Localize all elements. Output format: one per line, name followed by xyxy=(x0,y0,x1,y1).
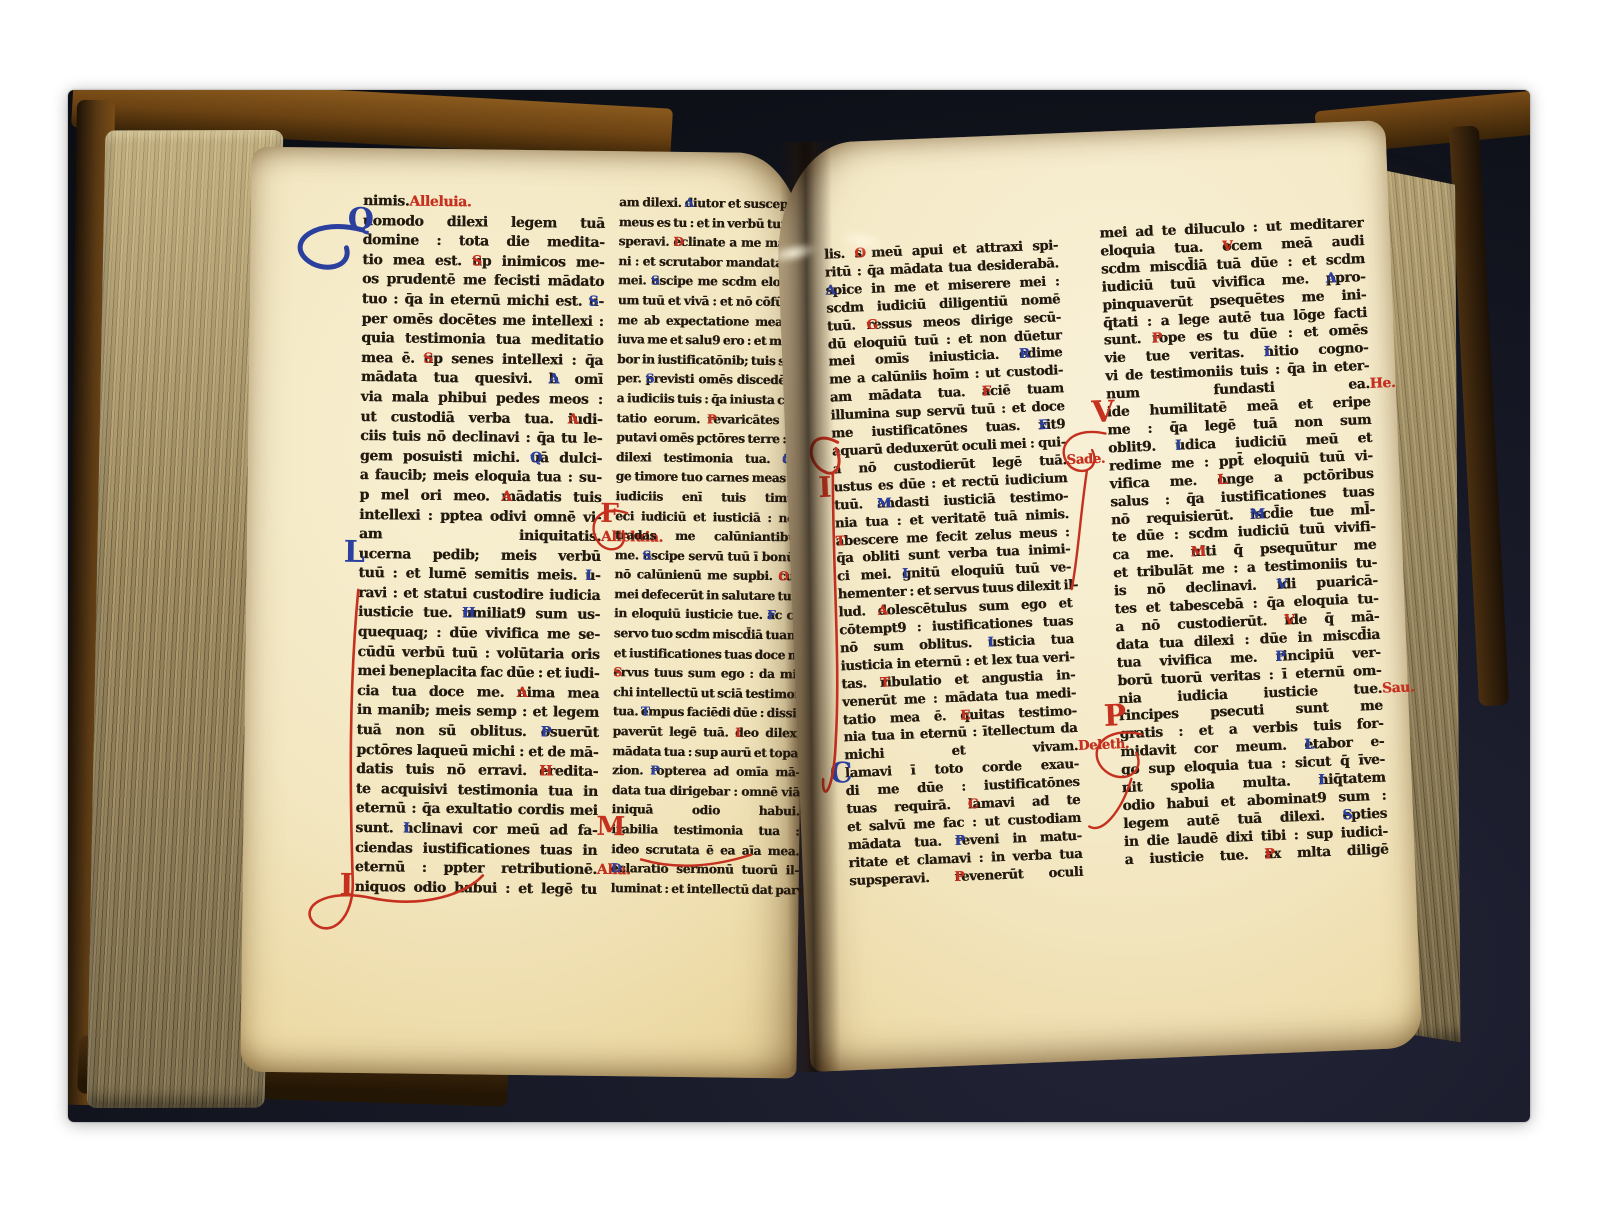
text-line: servo tuo scdm miscd̄iā tuam : xyxy=(614,624,802,646)
rubric-text: A xyxy=(517,684,528,704)
blue-versal: R xyxy=(1019,346,1030,364)
rubric-text: V xyxy=(1222,238,1233,256)
blue-versal: P xyxy=(650,762,659,782)
text-line: Servus tuus sum ego : da mi- xyxy=(613,663,801,685)
text-line: ciis tuis nō declinavi : q̄a tu le- xyxy=(360,427,602,450)
text-line: datis tuis nō erravi. Heredita- xyxy=(356,760,598,783)
blue-versal: A xyxy=(548,371,559,391)
text-line: eternū : ppter retributionē. Alia. xyxy=(355,858,597,881)
text-line: Mirabilia testimonia tua : xyxy=(611,820,799,842)
rubric-text: S xyxy=(472,252,482,272)
text-line: putavi omēs pctōres terre : ideo xyxy=(616,428,804,450)
blue-versal: T xyxy=(641,703,650,723)
blue-versal: I xyxy=(902,566,909,584)
blue-versal: M xyxy=(1249,506,1265,524)
text-line: quia testimonia tua meditatio xyxy=(361,329,603,352)
rubric-text: S xyxy=(613,663,622,683)
page-background: { "colors": { "photo_background": "#1316… xyxy=(0,0,1600,1219)
text-line: et iustificationes tuas doce me. xyxy=(613,644,801,666)
blue-versal: I xyxy=(1175,437,1182,455)
blue-versal: L xyxy=(1304,737,1314,755)
rubric-text: M xyxy=(1190,544,1206,562)
text-line: me. Suscipe servū tuū ī bonū : xyxy=(615,546,803,568)
rubric-text: C xyxy=(968,796,979,814)
blue-versal: P xyxy=(541,723,551,743)
text-line: nō calūnienū me supbi. Oculi xyxy=(614,565,802,587)
illuminated-initial: Q xyxy=(348,211,374,226)
blue-versal: S xyxy=(642,546,651,566)
rubric-text: F xyxy=(981,383,991,401)
text-line: nimis. Alleluia. xyxy=(363,192,605,215)
text-line: paverūt legē tuā. Ideo dilexi xyxy=(612,722,800,744)
text-line: ideo scrutata ē ea aīa mea. xyxy=(611,840,799,862)
blue-versal: A xyxy=(684,194,693,214)
gutter-shadow xyxy=(779,142,841,1072)
rubric-text: P xyxy=(1264,846,1275,864)
text-line: tatio eorum. Prevaricātes re- xyxy=(616,409,804,431)
text-line: via mala phibui pedes meos : xyxy=(360,388,602,411)
blue-versal: S xyxy=(651,272,660,292)
text-column-3: lis. Os meū apui et attraxi spi-ritū : q… xyxy=(824,237,1084,890)
rubric-text: S xyxy=(423,350,433,370)
blue-versal: I xyxy=(987,634,994,652)
text-column-1: nimis. Alleluia.Quomodo dilexi legem tuā… xyxy=(355,192,606,900)
blue-versal: V xyxy=(1276,577,1287,595)
rubric-text: D xyxy=(673,233,683,253)
rubric-text: V xyxy=(1284,612,1295,630)
text-line: am iniquitatis. Alleluia. xyxy=(359,525,601,548)
blue-versal: P xyxy=(1275,648,1286,666)
rubric-text: A xyxy=(877,603,888,621)
text-line: iniquā odio habui. Alia. Aleph. xyxy=(611,800,799,822)
text-line: a iudiciis tuis : q̄a iniusta cogi- xyxy=(616,389,804,411)
text-line: p mel ori meo. A mādatis tuis xyxy=(359,486,601,509)
rubric-text: P xyxy=(707,410,716,430)
text-column-4: mei ad te diluculo : ut meditarereloquia… xyxy=(1099,215,1389,870)
blue-versal: A xyxy=(1325,270,1336,288)
text-line: iuva me et salu9 ero : et medita- xyxy=(617,330,805,352)
illuminated-initial: P xyxy=(1104,708,1127,724)
blue-versal: H xyxy=(462,605,475,625)
rubric-text: L xyxy=(1217,471,1227,489)
text-line: in eloquiū iusticie tue. Fac cū xyxy=(614,605,802,627)
text-line: zion. Propterea ad omīa mā- xyxy=(612,761,800,783)
rubric-text: T xyxy=(835,533,845,551)
blue-versal: D xyxy=(611,859,621,879)
blue-versal: I xyxy=(1264,344,1271,362)
rubric-text: Sade. xyxy=(1066,450,1105,469)
blue-versal: I xyxy=(585,567,591,587)
text-line: Iniquos odio habui : et legē tu xyxy=(355,878,597,901)
text-line: um tuū et vivā : et nō cōfūdas xyxy=(618,291,806,313)
blue-versal: P xyxy=(955,832,965,850)
text-line: chi intellectū ut sciā testimonia xyxy=(613,683,801,705)
rubric-text: P xyxy=(954,868,964,886)
rubric-text: Alleluia. xyxy=(409,193,471,213)
rubric-text: He. xyxy=(1369,375,1395,394)
blue-versal: E xyxy=(1038,417,1048,435)
rubric-text: G xyxy=(866,316,878,334)
text-line: tuo : q̄a in eternū michi est. Su- xyxy=(362,290,604,313)
text-column-2: am dilexi. Adiutor et susceptormeus es t… xyxy=(611,193,808,901)
blue-versal: S xyxy=(588,293,598,313)
text-line: mei defecerūt in salutare tuū : et xyxy=(614,585,802,607)
left-page: nimis. Alleluia.Quomodo dilexi legem tuā… xyxy=(240,147,807,1079)
text-line: tuā non sū oblitus. Posuerūt xyxy=(356,721,598,744)
text-line: bor in iustificatōnib; tuis sem- xyxy=(617,350,805,372)
text-line: luminat : et intellectū dat parvulis. xyxy=(611,879,799,901)
text-line: Declaratio sermonū tuorū il- xyxy=(611,859,799,881)
rubric-text: E xyxy=(960,707,970,725)
rubric-text: A xyxy=(501,488,512,508)
manuscript-photo: nimis. Alleluia.Quomodo dilexi legem tuā… xyxy=(68,90,1530,1122)
text-line: mādata tua : sup aurū et topa- xyxy=(612,742,800,764)
text-line: iudiciis enī tuis timui. Alia. xyxy=(615,487,803,509)
text-line: dilexi testimonia tua. Cōfi- xyxy=(616,448,804,470)
rubric-text: T xyxy=(880,674,890,692)
text-line: data tua dirigebar : omnē viā xyxy=(612,781,800,803)
blue-versal: F xyxy=(767,606,776,626)
rubric-text: P xyxy=(1152,331,1163,349)
text-line: sunt. Inclinavi cor meū ad fa- xyxy=(355,819,597,842)
rubric-text: A xyxy=(568,410,579,430)
blue-versal: I xyxy=(403,820,409,840)
illuminated-initial: M xyxy=(596,820,625,833)
blue-versal: S xyxy=(645,370,654,390)
blue-versal: I xyxy=(1318,772,1325,790)
text-line: me ab expectatione mea. Ad- xyxy=(617,311,805,333)
blue-versal: S xyxy=(1342,807,1352,825)
illuminated-initial: F xyxy=(600,506,618,519)
blue-versal: M xyxy=(877,495,892,513)
text-line: meus es tu : et in verbū tuū sup- xyxy=(619,213,807,235)
text-line: mei beneplacita fac dūe : et iudi- xyxy=(357,662,599,685)
text-line: domine : tota die medita- xyxy=(362,231,604,254)
text-line: tua. Tempus faciēdi dūe : dissi- xyxy=(613,703,801,725)
right-page: lis. Os meū apui et attraxi spi-ritū : q… xyxy=(774,120,1423,1072)
illuminated-initial: L xyxy=(344,544,365,559)
blue-versal: Q xyxy=(530,449,542,469)
text-line: Feci iudiciū et iusticiā : non xyxy=(615,507,803,529)
text-line: ge timore tuo carnes meas : a xyxy=(616,467,804,489)
text-line: tradas me calūniantibus xyxy=(615,526,803,548)
rubric-text: H xyxy=(539,762,552,782)
rubric-text: Sau. xyxy=(1382,679,1415,698)
illuminated-initial: I xyxy=(340,878,354,893)
text-line: quequaq; : dūe vivifica me se- xyxy=(358,623,600,646)
text-line: per. Sprevisti omēs discedētes xyxy=(617,369,805,391)
rubric-text: I xyxy=(735,724,741,744)
illuminated-initial: V xyxy=(1091,404,1114,420)
